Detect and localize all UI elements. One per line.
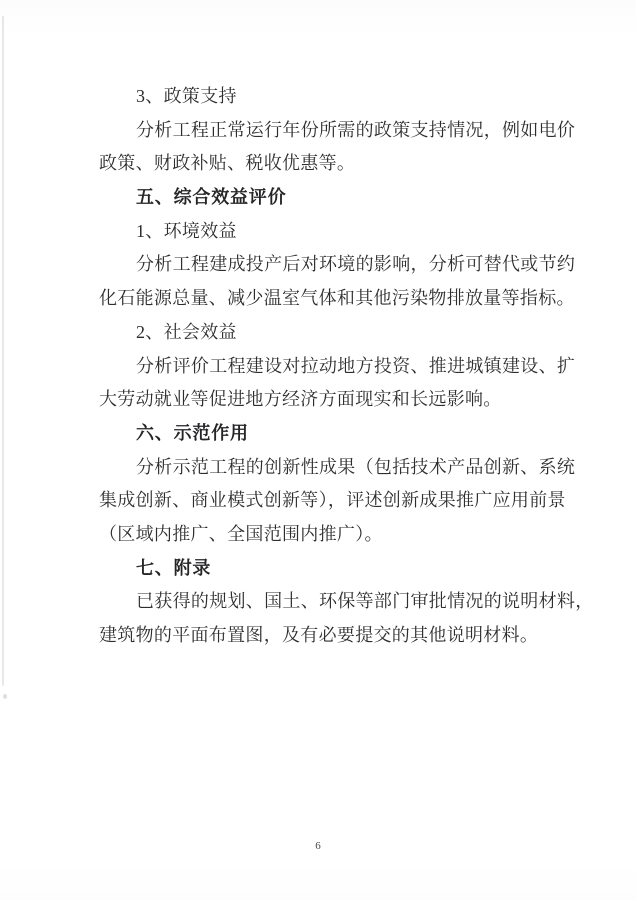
document-page: 3、政策支持分析工程正常运行年份所需的政策支持情况，例如电价政策、财政补贴、税收… xyxy=(0,0,636,900)
paragraph-line: 政策、财政补贴、税收优惠等。 xyxy=(99,147,581,181)
paragraph-line: 分析工程正常运行年份所需的政策支持情况，例如电价 xyxy=(99,114,581,148)
paragraph-line: 建筑物的平面布置图，及有必要提交的其他说明材料。 xyxy=(99,619,581,653)
paragraph-line: 化石能源总量、减少温室气体和其他污染物排放量等指标。 xyxy=(99,282,581,316)
paragraph-line: 已获得的规划、国土、环保等部门审批情况的说明材料， xyxy=(99,585,581,619)
subsection-label: 2、社会效益 xyxy=(99,316,581,350)
section-heading: 六、示范作用 xyxy=(99,417,581,451)
section-heading: 五、综合效益评价 xyxy=(99,181,581,215)
subsection-label: 3、政策支持 xyxy=(99,80,581,114)
paragraph-line: 分析示范工程的创新性成果（包括技术产品创新、系统 xyxy=(99,451,581,485)
document-body: 3、政策支持分析工程正常运行年份所需的政策支持情况，例如电价政策、财政补贴、税收… xyxy=(99,80,581,653)
paragraph-line: 分析工程建成投产后对环境的影响，分析可替代或节约 xyxy=(99,248,581,282)
paragraph-line: 集成创新、商业模式创新等），评述创新成果推广应用前景 xyxy=(99,484,581,518)
scan-artifact-speck xyxy=(3,694,7,699)
paragraph-line: 大劳动就业等促进地方经济方面现实和长远影响。 xyxy=(99,383,581,417)
page-number: 6 xyxy=(0,840,636,852)
section-heading: 七、附录 xyxy=(99,552,581,586)
paragraph-line: （区域内推广、全国范围内推广）。 xyxy=(99,518,581,552)
paragraph-line: 分析评价工程建设对拉动地方投资、推进城镇建设、扩 xyxy=(99,350,581,384)
subsection-label: 1、环境效益 xyxy=(99,215,581,249)
scan-artifact-line xyxy=(2,16,4,686)
